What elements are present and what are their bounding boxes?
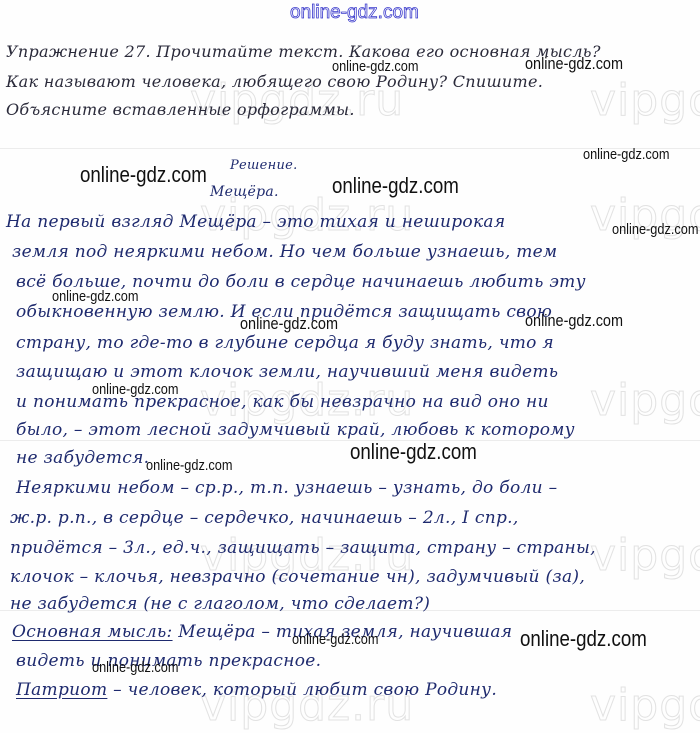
header-watermark: online-gdz.com: [290, 2, 419, 24]
watermark: online-gdz.com: [92, 381, 178, 398]
watermark: online-gdz.com: [332, 58, 418, 75]
task-line: Объясните вставленные орфограммы.: [6, 100, 355, 119]
watermark: online-gdz.com: [240, 314, 338, 334]
text-line: страну, то где-то в глубине сердца я буд…: [16, 333, 554, 353]
analysis-line: ж.р. р.п., в сердце – сердечко, начинаеш…: [10, 508, 519, 528]
background-watermark: vipgdz.ru: [590, 375, 700, 426]
text-title: Мещёра.: [210, 184, 279, 200]
task-line: Упражнение 27. Прочитайте текст. Какова …: [6, 42, 601, 61]
analysis-line: придётся – 3л., ед.ч., защищать – защита…: [10, 538, 596, 558]
patriot-line: Патриот – человек, который любит свою Ро…: [16, 680, 497, 700]
watermark: online-gdz.com: [520, 626, 647, 652]
watermark: online-gdz.com: [52, 288, 138, 305]
watermark: online-gdz.com: [332, 173, 459, 199]
analysis-line: Неяркими небом – ср.р., т.п. узнаешь – у…: [16, 478, 557, 498]
text-line: На первый взгляд Мещёра – это тихая и не…: [6, 212, 505, 232]
watermark: online-gdz.com: [525, 54, 623, 74]
patriot-label: Патриот: [16, 680, 107, 700]
background-watermark: vipgdz.ru: [590, 680, 700, 731]
main-idea-line: Основная мысль: Мещёра – тихая земля, на…: [12, 622, 512, 642]
watermark: online-gdz.com: [612, 221, 698, 238]
background-watermark: vipgdz.ru: [590, 75, 700, 126]
task-line: Как называют человека, любящего свою Род…: [6, 72, 543, 91]
watermark: online-gdz.com: [146, 457, 232, 474]
watermark: online-gdz.com: [583, 146, 669, 163]
analysis-line: не забудется (не с глаголом, что сделает…: [10, 594, 430, 614]
watermark: online-gdz.com: [292, 631, 378, 648]
analysis-line: клочок – клочья, невзрачно (сочетание чн…: [10, 567, 585, 587]
text-line: земля под неяркими небом. Но чем больше …: [12, 242, 557, 262]
solution-heading: Решение.: [230, 158, 298, 173]
background-watermark: vipgdz.ru: [590, 530, 700, 581]
watermark: online-gdz.com: [80, 162, 207, 188]
text-line: защищаю и этот клочок земли, научивший м…: [16, 362, 558, 382]
text-line: было, – этот лесной задумчивый край, люб…: [16, 420, 575, 440]
watermark: online-gdz.com: [525, 311, 623, 331]
watermark: online-gdz.com: [350, 439, 477, 465]
patriot-text: – человек, который любит свою Родину.: [113, 680, 497, 700]
main-idea-label: Основная мысль:: [12, 622, 173, 642]
watermark: online-gdz.com: [92, 659, 178, 676]
homework-page: vipgdz.ru vipgdz.ru vipgdz.ru vipgdz.ru …: [0, 0, 700, 733]
text-line: не забудется.: [16, 448, 149, 468]
